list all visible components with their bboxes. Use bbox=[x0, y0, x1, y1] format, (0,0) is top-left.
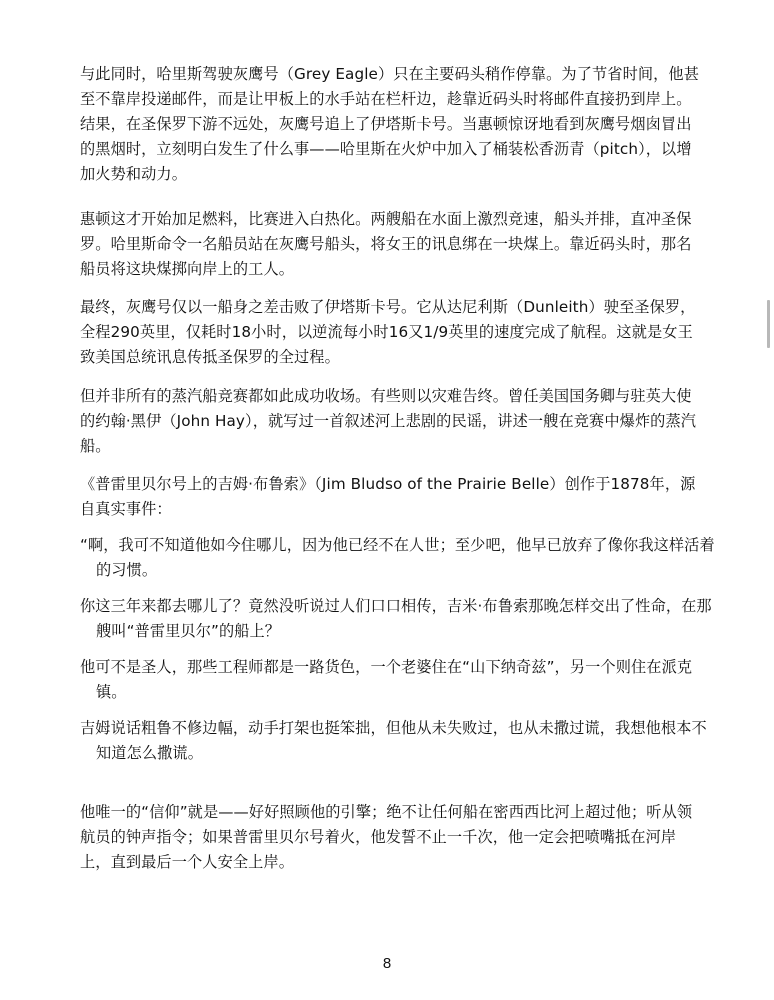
poem-stanza-5: 他唯一的“信仰”就是——好好照顾他的引擎；绝不让任何船在密西西比河上超过他；听从… bbox=[80, 800, 700, 875]
paragraph-4: 但并非所有的蒸汽船竞赛都如此成功收场。有些则以灾难告终。曾任美国国务卿与驻英大使… bbox=[80, 384, 700, 459]
paragraph-3: 最终，灰鹰号仅以一船身之差击败了伊塔斯卡号。它从达尼利斯（Dunleith）驶至… bbox=[80, 295, 700, 370]
poem-stanza-3: 他可不是圣人，那些工程师都是一路货色，一个老婆住在“山下纳奇兹”，另一个则住在派… bbox=[80, 655, 716, 705]
poem-stanza-2: 你这三年来都去哪儿了？竟然没听说过人们口口相传，吉米·布鲁索那晚怎样交出了性命，… bbox=[80, 594, 716, 644]
poem-stanza-1: “啊，我可不知道他如今住哪儿，因为他已经不在人世；至少吧，他早已放弃了像你我这样… bbox=[80, 533, 716, 583]
paragraph-5: 《普雷里贝尔号上的吉姆·布鲁索》（Jim Bludso of the Prair… bbox=[80, 472, 700, 522]
vertical-scrollbar[interactable] bbox=[767, 300, 770, 348]
paragraph-2: 惠顿这才开始加足燃料，比赛进入白热化。两艘船在水面上激烈竞速，船头并排，直冲圣保… bbox=[80, 207, 700, 282]
paragraph-1: 与此同时，哈里斯驾驶灰鹰号（Grey Eagle）只在主要码头稍作停靠。为了节省… bbox=[80, 62, 700, 187]
poem-stanza-4: 吉姆说话粗鲁不修边幅，动手打架也挺笨拙，但他从未失败过，也从未撒过谎，我想他根本… bbox=[80, 716, 716, 766]
page-number: 8 bbox=[0, 955, 774, 972]
